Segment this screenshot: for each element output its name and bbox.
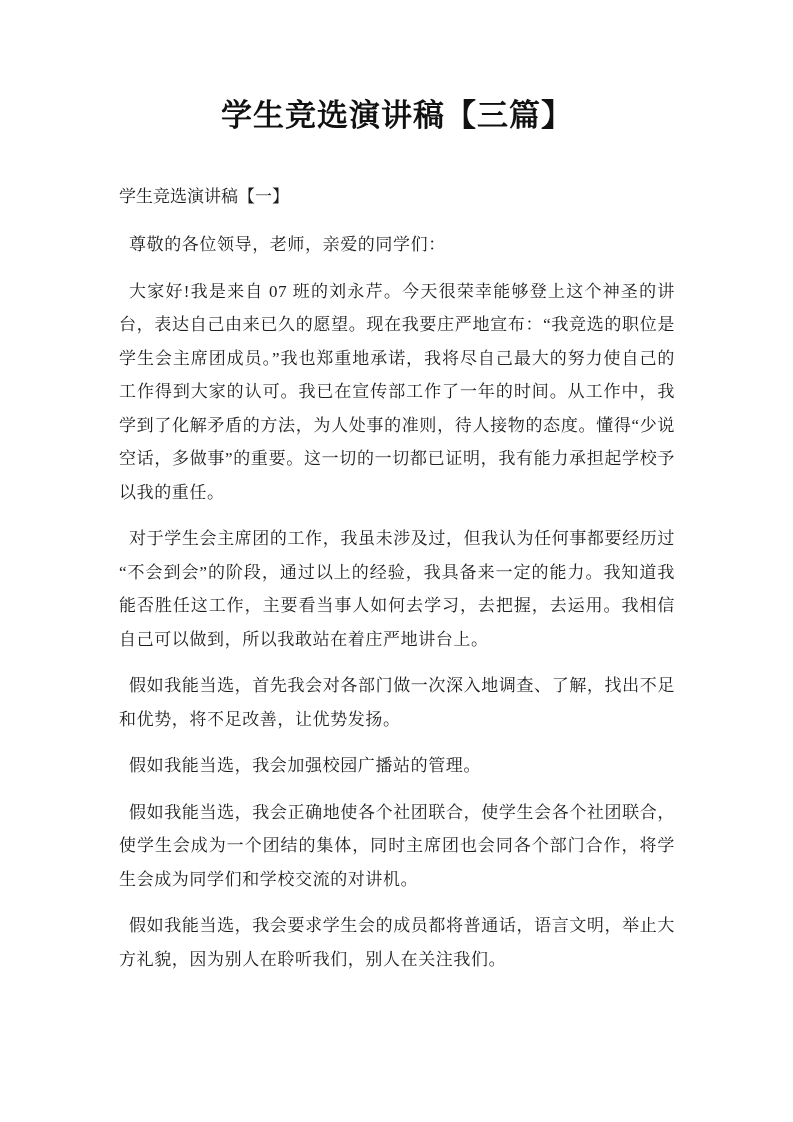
- document-page: 学生竞选演讲稿【三篇】 学生竞选演讲稿【一】 尊敬的各位领导，老师，亲爱的同学们…: [0, 0, 793, 1122]
- section-heading: 学生竞选演讲稿【一】: [119, 180, 675, 213]
- body-paragraph: 假如我能当选，我会正确地使各个社团联合，使学生会各个社团联合，使学生会成为一个团…: [119, 796, 675, 897]
- body-paragraph: 大家好!我是来自 07 班的刘永芹。今天很荣幸能够登上这个神圣的讲台，表达自己由…: [119, 275, 675, 510]
- body-paragraph: 假如我能当选，首先我会对各部门做一次深入地调查、了解，找出不足和优势，将不足改善…: [119, 669, 675, 736]
- document-title: 学生竞选演讲稿【三篇】: [119, 96, 675, 136]
- body-paragraph-greeting: 尊敬的各位领导，老师，亲爱的同学们：: [119, 228, 675, 262]
- body-paragraph: 假如我能当选，我会加强校园广播站的管理。: [119, 749, 675, 783]
- body-paragraph: 假如我能当选，我会要求学生会的成员都将普通话，语言文明，举止大方礼貌，因为别人在…: [119, 909, 675, 976]
- body-paragraph: 对于学生会主席团的工作，我虽未涉及过，但我认为任何事都要经历过“不会到会”的阶段…: [119, 522, 675, 656]
